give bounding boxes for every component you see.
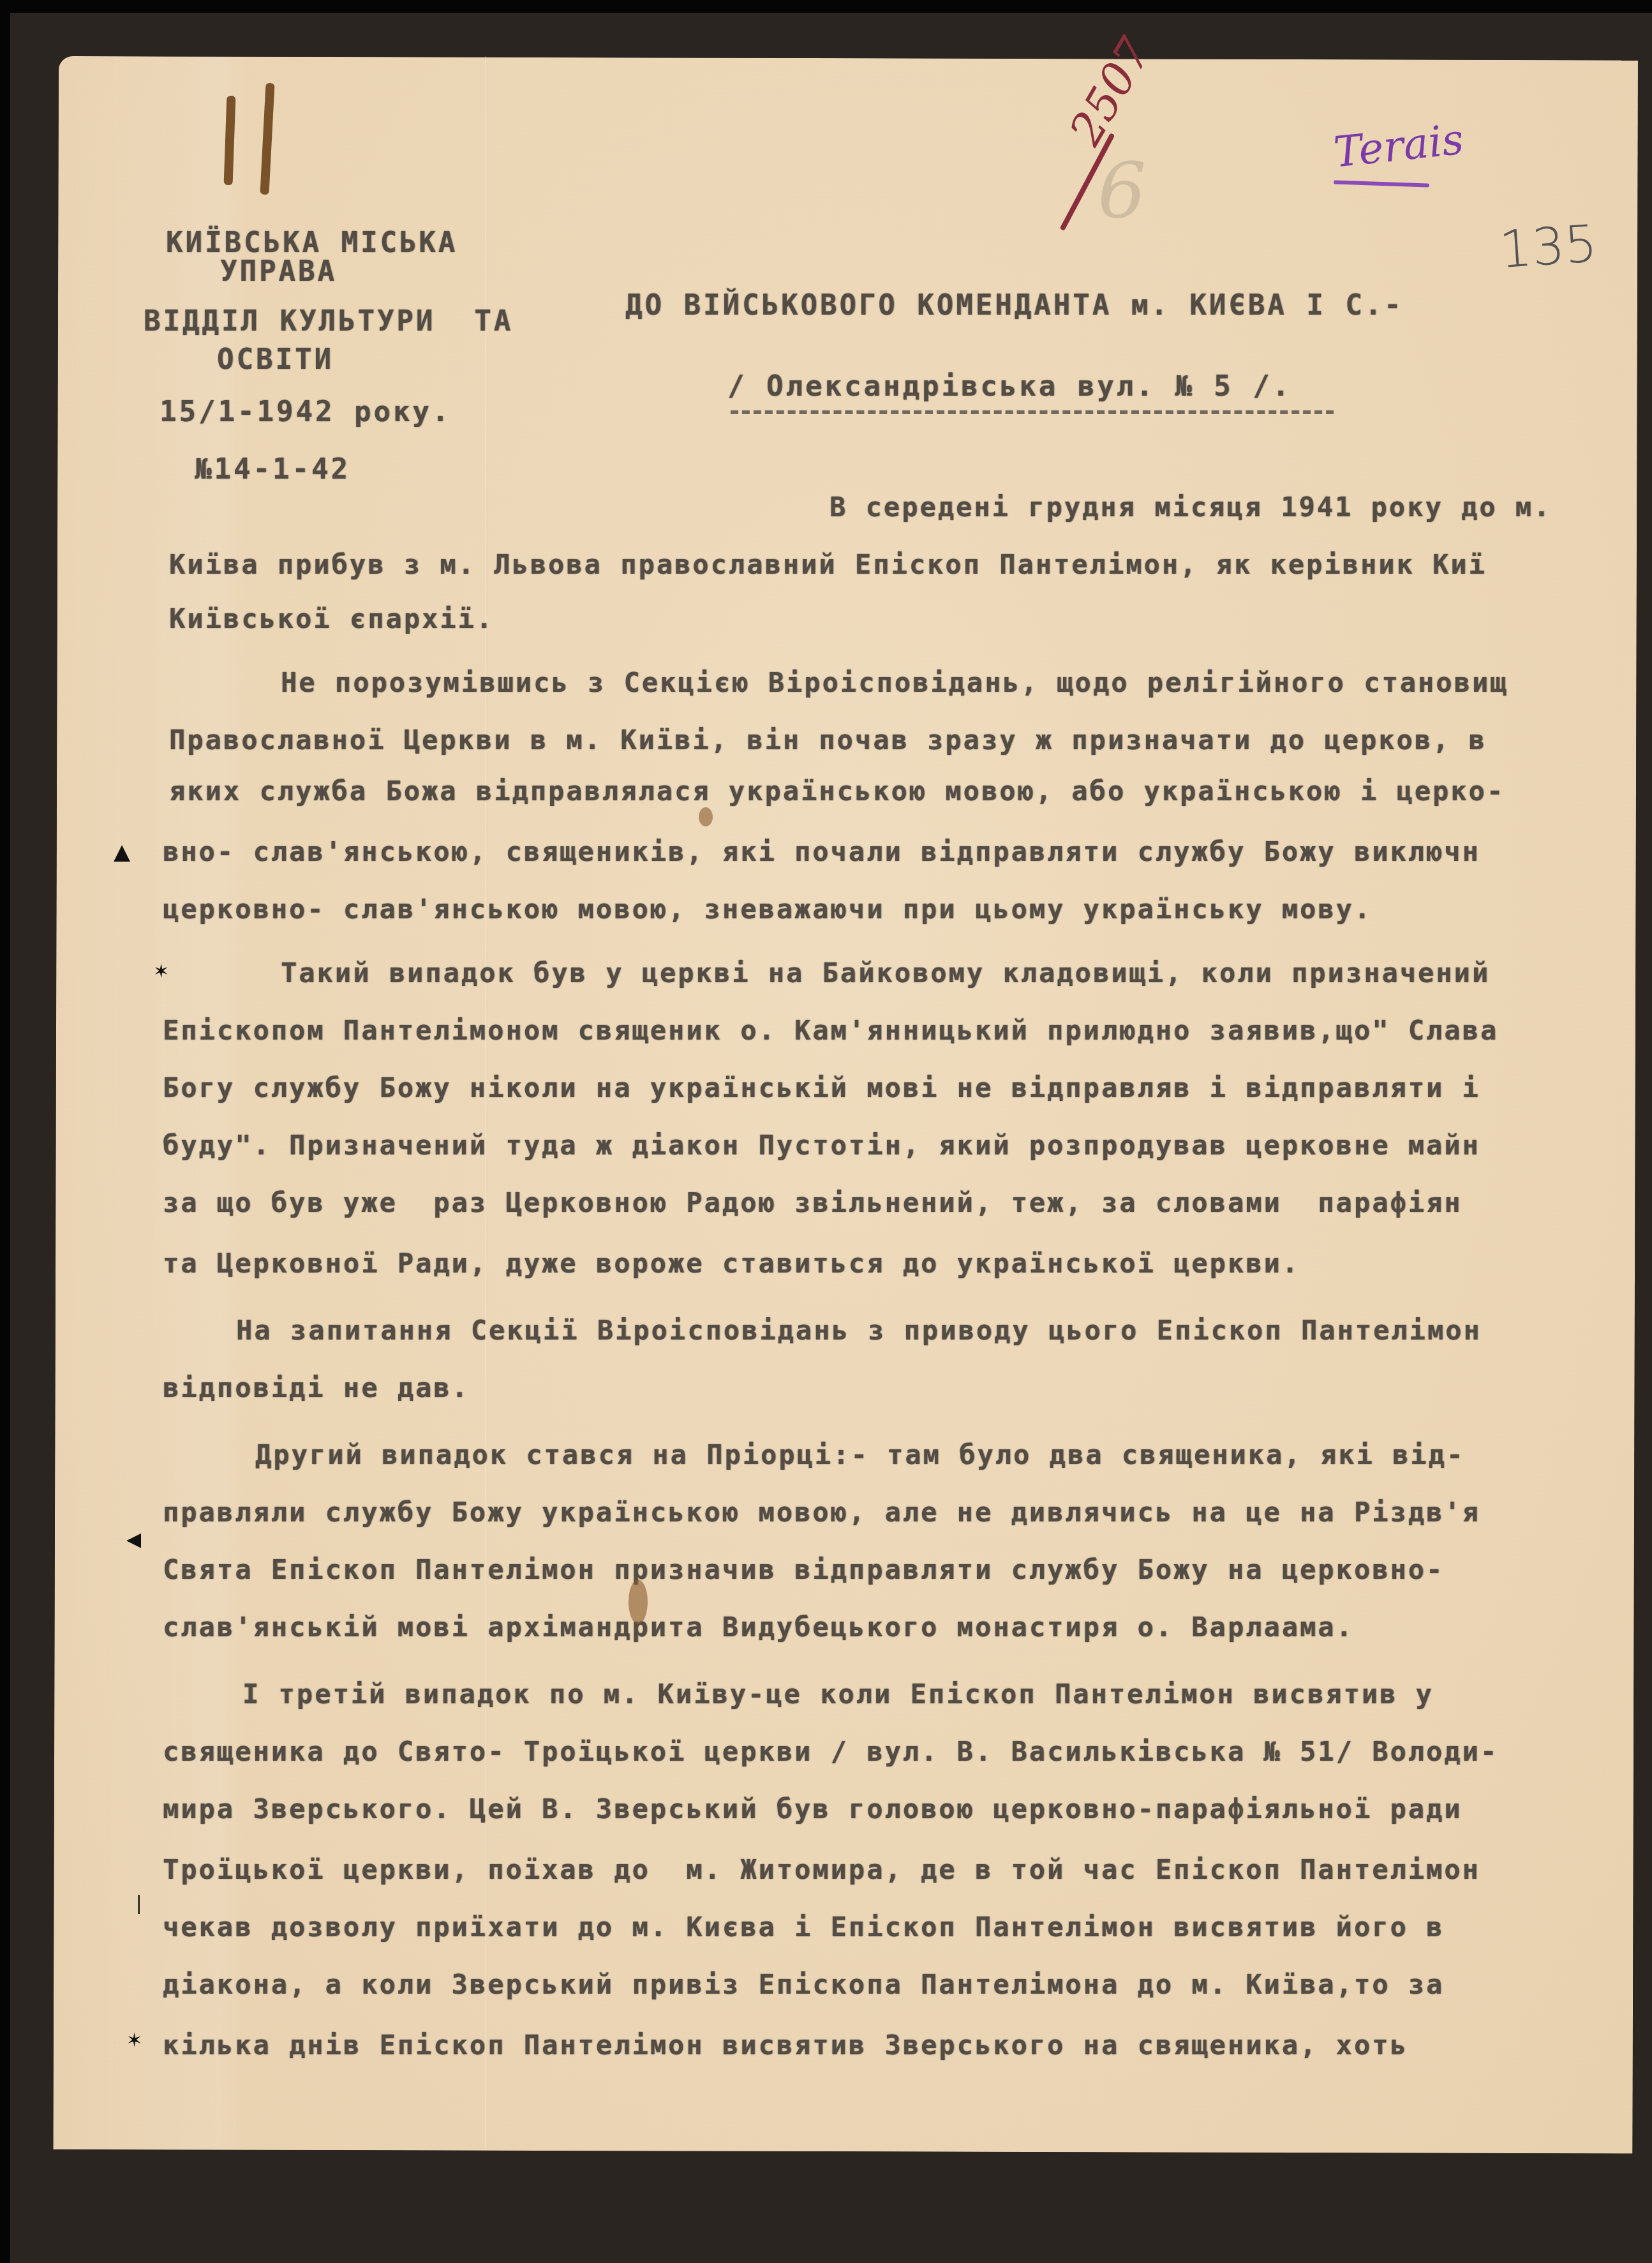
body-line: та Церковної Ради, дуже вороже ставиться… <box>163 1248 1300 1279</box>
margin-triangle-mark: ◀ <box>126 1528 141 1551</box>
body-line: буду". Призначений туда ж діакон Пустоті… <box>163 1130 1480 1161</box>
folio-number: 135 <box>1498 214 1599 280</box>
margin-tick-mark: ✶ <box>153 960 169 983</box>
body-line: яких служба Божа відправлялася українськ… <box>169 775 1505 807</box>
letterhead-line-2: УПРАВА <box>220 255 337 288</box>
body-line: мира Зверського. Цей В. Зверський був го… <box>163 1793 1462 1825</box>
body-line: Свята Епіскоп Пантелімон призначив відпр… <box>163 1554 1444 1585</box>
body-line: кілька днів Епіскоп Пантелімон висвятив … <box>163 2029 1408 2061</box>
body-line: Епіскопом Пантелімоном священик о. Кам'я… <box>163 1015 1498 1046</box>
body-line: слав'янській мові архімандрита Видубецьк… <box>163 1611 1354 1643</box>
body-line: В середені грудня місяця 1941 року до м. <box>830 491 1551 523</box>
addressee-underline <box>731 410 1334 414</box>
margin-tick-mark: ✶ <box>126 2029 142 2052</box>
ink-stain <box>629 1580 648 1624</box>
body-line: за що був уже раз Церковною Радою звільн… <box>163 1187 1462 1218</box>
ink-stain <box>699 807 713 826</box>
body-line: церковно- слав'янською мовою, зневажаючи… <box>163 893 1372 925</box>
margin-triangle-mark: ▲ <box>114 839 130 865</box>
body-line: відповіді не дав. <box>163 1372 470 1403</box>
body-line: правляли службу Божу українською мовою, … <box>163 1497 1480 1528</box>
body-line: Такий випадок був у церкві на Байковому … <box>281 957 1490 989</box>
scan-left-border <box>0 0 10 2263</box>
letterhead-line-1: КИЇВСЬКА МІСЬКА <box>166 227 458 259</box>
margin-tick-mark: ❘ <box>131 1892 147 1915</box>
scan-top-border <box>0 0 1652 13</box>
body-line: На запитання Секції Віроісповідань з при… <box>236 1315 1482 1346</box>
body-line: Другий випадок стався на Пріорці:- там б… <box>255 1439 1464 1470</box>
body-line: Не порозумівшись з Секцією Віроісповідан… <box>281 667 1508 698</box>
body-line: священика до Свято- Троїцької церкви / в… <box>163 1736 1498 1767</box>
body-line: Київа прибув з м. Львова православний Еп… <box>169 549 1487 580</box>
letterhead-date: 15/1-1942 року. <box>160 396 451 428</box>
body-line: вно- слав'янською, священиків, які почал… <box>163 836 1480 867</box>
body-line: Богу службу Божу ніколи на українській м… <box>163 1072 1480 1103</box>
body-line: Київської єпархії. <box>169 603 494 634</box>
body-line: чекав дозволу приїхати до м. Києва і Епі… <box>163 1911 1444 1943</box>
letterhead-line-3: ВІДДІЛ КУЛЬТУРИ ТА <box>144 305 513 338</box>
addressee-line-1: ДО ВІЙСЬКОВОГО КОМЕНДАНТА м. КИЄВА І С.- <box>625 289 1404 322</box>
body-line: Троїцької церкви, поїхав до м. Житомира,… <box>163 1854 1480 1885</box>
letterhead-line-4: ОСВІТИ <box>217 343 334 376</box>
body-line: І третій випадок по м. Київу-це коли Епі… <box>242 1678 1434 1710</box>
letterhead-number: №14-1-42 <box>195 453 350 486</box>
faint-pencil-mark: 6 <box>1098 147 1146 235</box>
body-line: Православної Церкви в м. Київі, він поча… <box>169 724 1487 756</box>
addressee-line-2: / Олександрівська вул. № 5 /. <box>727 370 1291 403</box>
body-line: діакона, а коли Зверський привіз Епіскоп… <box>163 1969 1444 2000</box>
